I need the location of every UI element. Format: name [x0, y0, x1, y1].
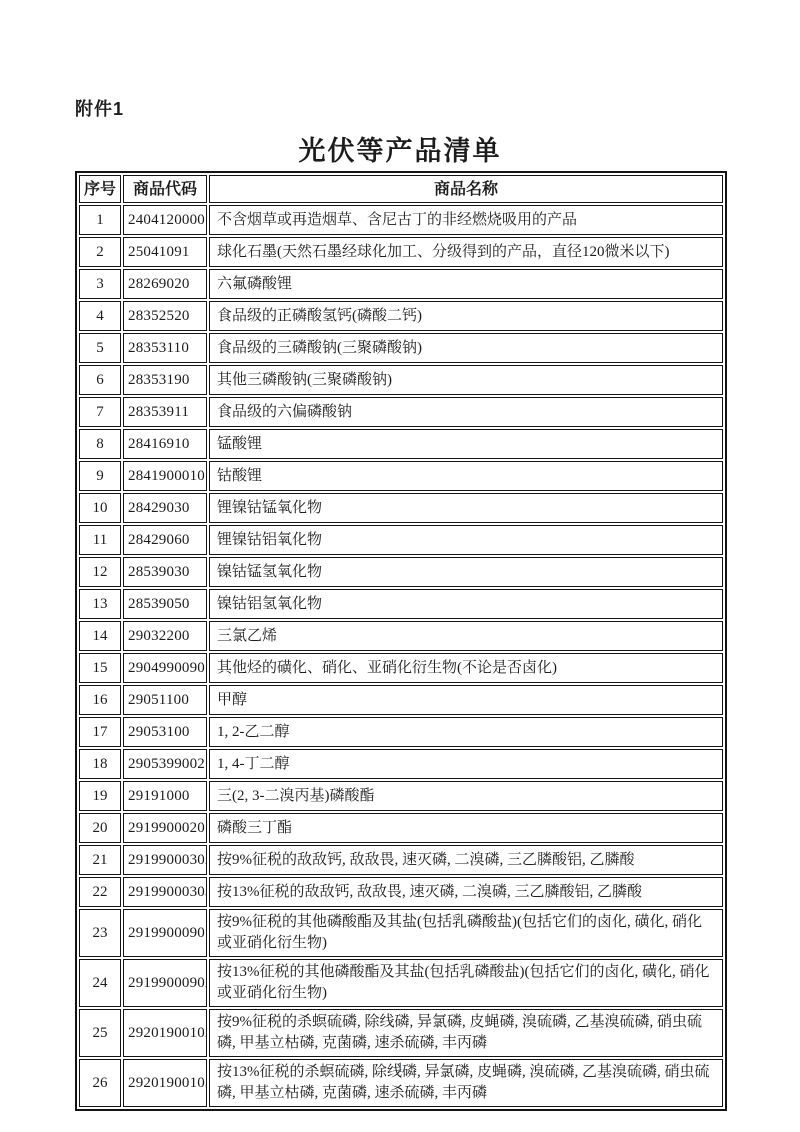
page-title: 光伏等产品清单: [0, 129, 800, 168]
product-name-cell: 锰酸锂: [209, 429, 723, 459]
product-name-cell: 三(2, 3-二溴丙基)磷酸酯: [209, 781, 723, 811]
product-code-cell: 28539050: [123, 589, 207, 619]
row-number-cell: 6: [79, 365, 121, 395]
table-row: 1829053990021, 4-丁二醇: [79, 749, 723, 779]
table-row: 1629051100甲醇: [79, 685, 723, 715]
product-code-cell: 2919900020: [123, 813, 207, 843]
product-name-cell: 甲醇: [209, 685, 723, 715]
table-row: 528353110食品级的三磷酸钠(三聚磷酸钠): [79, 333, 723, 363]
table-row: 828416910锰酸锂: [79, 429, 723, 459]
table-row: 628353190其他三磷酸钠(三聚磷酸钠): [79, 365, 723, 395]
product-code-cell: 29191000: [123, 781, 207, 811]
product-name-cell: 锂镍钴锰氧化物: [209, 493, 723, 523]
table-row: 202919900020磷酸三丁酯: [79, 813, 723, 843]
product-code-cell: 29199000901: [123, 909, 207, 957]
table-row: 2229199000303按13%征税的敌敌钙, 敌敌畏, 速灭磷, 二溴磷, …: [79, 877, 723, 907]
product-code-cell: 28416910: [123, 429, 207, 459]
product-name-cell: 按13%征税的其他磷酸酯及其盐(包括乳磷酸盐)(包括它们的卤化, 磺化, 硝化或…: [209, 959, 723, 1007]
row-number-cell: 7: [79, 397, 121, 427]
table-header-row: 序号 商品代码 商品名称: [79, 175, 723, 203]
row-number-cell: 21: [79, 845, 121, 875]
row-number-cell: 19: [79, 781, 121, 811]
row-number-cell: 25: [79, 1009, 121, 1057]
product-name-cell: 食品级的六偏磷酸钠: [209, 397, 723, 427]
product-name-cell: 1, 2-乙二醇: [209, 717, 723, 747]
row-number-cell: 8: [79, 429, 121, 459]
table-row: 17290531001, 2-乙二醇: [79, 717, 723, 747]
product-name-cell: 按9%征税的杀螟硫磷, 除线磷, 异氯磷, 皮蝇磷, 溴硫磷, 乙基溴硫磷, 硝…: [209, 1009, 723, 1057]
table-row: 12404120000不含烟草或再造烟草、含尼古丁的非经燃烧吸用的产品: [79, 205, 723, 235]
product-code-cell: 28429060: [123, 525, 207, 555]
column-header-code: 商品代码: [123, 175, 207, 203]
product-code-cell: 28539030: [123, 557, 207, 587]
product-name-cell: 镍钴铝氢氧化物: [209, 589, 723, 619]
row-number-cell: 11: [79, 525, 121, 555]
product-code-cell: 29201900102: [123, 1009, 207, 1057]
table-row: 1228539030镍钴锰氢氧化物: [79, 557, 723, 587]
row-number-cell: 15: [79, 653, 121, 683]
table-row: 2429199000902按13%征税的其他磷酸酯及其盐(包括乳磷酸盐)(包括它…: [79, 959, 723, 1007]
table-row: 225041091球化石墨(天然石墨经球化加工、分级得到的产品，直径120微米以…: [79, 237, 723, 267]
row-number-cell: 17: [79, 717, 121, 747]
row-number-cell: 20: [79, 813, 121, 843]
row-number-cell: 4: [79, 301, 121, 331]
product-code-cell: 28269020: [123, 269, 207, 299]
table-row: 1929191000三(2, 3-二溴丙基)磷酸酯: [79, 781, 723, 811]
table-row: 92841900010钴酸锂: [79, 461, 723, 491]
row-number-cell: 18: [79, 749, 121, 779]
product-name-cell: 1, 4-丁二醇: [209, 749, 723, 779]
product-code-cell: 29051100: [123, 685, 207, 715]
product-name-cell: 镍钴锰氢氧化物: [209, 557, 723, 587]
row-number-cell: 9: [79, 461, 121, 491]
product-code-cell: 2904990090: [123, 653, 207, 683]
row-number-cell: 10: [79, 493, 121, 523]
product-name-cell: 钴酸锂: [209, 461, 723, 491]
table-row: 2329199000901按9%征税的其他磷酸酯及其盐(包括乳磷酸盐)(包括它们…: [79, 909, 723, 957]
attachment-label: 附件1: [75, 95, 124, 121]
table-row: 1429032200三氯乙烯: [79, 621, 723, 651]
row-number-cell: 1: [79, 205, 121, 235]
product-code-cell: 28353911: [123, 397, 207, 427]
product-name-cell: 不含烟草或再造烟草、含尼古丁的非经燃烧吸用的产品: [209, 205, 723, 235]
product-table: 序号 商品代码 商品名称 12404120000不含烟草或再造烟草、含尼古丁的非…: [75, 171, 727, 1111]
table-row: 1128429060锂镍钴铝氧化物: [79, 525, 723, 555]
column-header-no: 序号: [79, 175, 121, 203]
row-number-cell: 13: [79, 589, 121, 619]
product-code-cell: 28353110: [123, 333, 207, 363]
product-name-cell: 六氟磷酸锂: [209, 269, 723, 299]
product-name-cell: 其他三磷酸钠(三聚磷酸钠): [209, 365, 723, 395]
table-row: 428352520食品级的正磷酸氢钙(磷酸二钙): [79, 301, 723, 331]
product-name-cell: 其他烃的磺化、硝化、亚硝化衍生物(不论是否卤化): [209, 653, 723, 683]
row-number-cell: 12: [79, 557, 121, 587]
product-code-cell: 28352520: [123, 301, 207, 331]
row-number-cell: 23: [79, 909, 121, 957]
product-name-cell: 磷酸三丁酯: [209, 813, 723, 843]
table-row: 2129199000302按9%征税的敌敌钙, 敌敌畏, 速灭磷, 二溴磷, 三…: [79, 845, 723, 875]
product-name-cell: 锂镍钴铝氧化物: [209, 525, 723, 555]
table-body: 12404120000不含烟草或再造烟草、含尼古丁的非经燃烧吸用的产品22504…: [79, 205, 723, 1107]
product-name-cell: 食品级的正磷酸氢钙(磷酸二钙): [209, 301, 723, 331]
product-name-cell: 按9%征税的其他磷酸酯及其盐(包括乳磷酸盐)(包括它们的卤化, 磺化, 硝化或亚…: [209, 909, 723, 957]
table-row: 1028429030锂镍钴锰氧化物: [79, 493, 723, 523]
product-code-cell: 29032200: [123, 621, 207, 651]
product-code-cell: 2905399002: [123, 749, 207, 779]
product-name-cell: 按13%征税的敌敌钙, 敌敌畏, 速灭磷, 二溴磷, 三乙膦酸铝, 乙膦酸: [209, 877, 723, 907]
row-number-cell: 16: [79, 685, 121, 715]
row-number-cell: 3: [79, 269, 121, 299]
product-code-cell: 28429030: [123, 493, 207, 523]
table-row: 2529201900102按9%征税的杀螟硫磷, 除线磷, 异氯磷, 皮蝇磷, …: [79, 1009, 723, 1057]
page-number: 1: [0, 1060, 800, 1077]
product-code-cell: 29199000303: [123, 877, 207, 907]
product-code-cell: 29053100: [123, 717, 207, 747]
product-name-cell: 球化石墨(天然石墨经球化加工、分级得到的产品，直径120微米以下): [209, 237, 723, 267]
table-row: 328269020六氟磷酸锂: [79, 269, 723, 299]
product-code-cell: 28353190: [123, 365, 207, 395]
column-header-name: 商品名称: [209, 175, 723, 203]
product-name-cell: 三氯乙烯: [209, 621, 723, 651]
product-code-cell: 29199000302: [123, 845, 207, 875]
table-row: 1328539050镍钴铝氢氧化物: [79, 589, 723, 619]
row-number-cell: 5: [79, 333, 121, 363]
product-code-cell: 2841900010: [123, 461, 207, 491]
product-name-cell: 按9%征税的敌敌钙, 敌敌畏, 速灭磷, 二溴磷, 三乙膦酸铝, 乙膦酸: [209, 845, 723, 875]
product-code-cell: 2404120000: [123, 205, 207, 235]
row-number-cell: 14: [79, 621, 121, 651]
table-row: 152904990090其他烃的磺化、硝化、亚硝化衍生物(不论是否卤化): [79, 653, 723, 683]
row-number-cell: 22: [79, 877, 121, 907]
table-row: 728353911食品级的六偏磷酸钠: [79, 397, 723, 427]
product-name-cell: 食品级的三磷酸钠(三聚磷酸钠): [209, 333, 723, 363]
product-code-cell: 29199000902: [123, 959, 207, 1007]
product-code-cell: 25041091: [123, 237, 207, 267]
row-number-cell: 24: [79, 959, 121, 1007]
row-number-cell: 2: [79, 237, 121, 267]
